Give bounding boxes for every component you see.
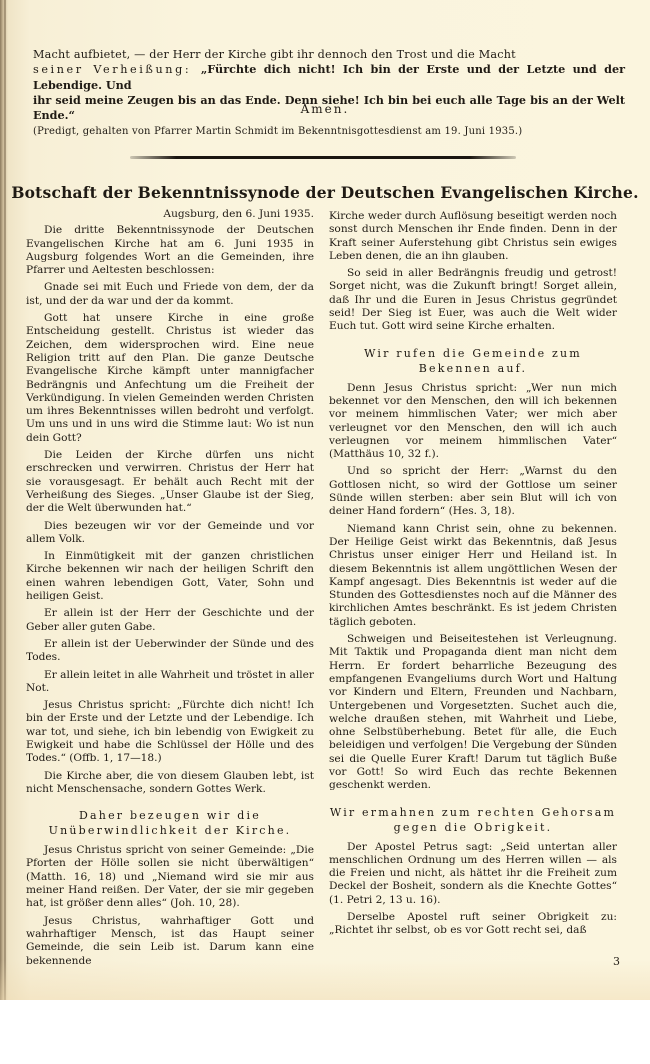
paragraph: Jesus Christus, wahrhaftiger Gott und wa…	[26, 915, 314, 968]
sermon-line-1: Macht aufbietet, — der Herr der Kirche g…	[33, 48, 625, 62]
page-binding-edge	[4, 0, 6, 1000]
paragraph: Gnade sei mit Euch und Friede von dem, d…	[26, 281, 314, 308]
paragraph: Schweigen und Beiseitestehen ist Verleug…	[329, 633, 617, 793]
paragraph: Der Apostel Petrus sagt: „Seid untertan …	[329, 841, 617, 907]
sermon-line-1-text: Macht aufbietet, — der Herr der Kirche g…	[33, 48, 516, 61]
section-divider	[130, 156, 516, 159]
right-column: Kirche weder durch Auflösung beseitigt w…	[329, 210, 617, 942]
paragraph: Jesus Christus spricht von seiner Gemein…	[26, 844, 314, 910]
sermon-attribution: (Predigt, gehalten von Pfarrer Martin Sc…	[33, 126, 522, 137]
paragraph: Und so spricht der Herr: „Warnst du den …	[329, 465, 617, 518]
paragraph: Die Kirche aber, die von diesem Glauben …	[26, 770, 314, 797]
paragraph: In Einmütigkeit mit der ganzen christlic…	[26, 550, 314, 603]
sermon-line-2: seiner Verheißung: „Fürchte dich nicht! …	[33, 62, 625, 93]
paragraph: Jesus Christus spricht: „Fürchte dich ni…	[26, 699, 314, 765]
section-heading-confession: Wir rufen die Gemeinde zum Bekennen auf.	[329, 346, 617, 376]
dateline: Augsburg, den 6. Juni 1935.	[26, 208, 314, 221]
paragraph: Derselbe Apostel ruft seiner Obrigkeit z…	[329, 911, 617, 938]
paragraph: Gott hat unsere Kirche in eine große Ent…	[26, 312, 314, 445]
paragraph: Er allein ist der Herr der Geschichte un…	[26, 607, 314, 634]
paragraph: Niemand kann Christ sein, ohne zu bekenn…	[329, 523, 617, 629]
left-column: Augsburg, den 6. Juni 1935. Die dritte B…	[26, 208, 314, 972]
paragraph: Er allein ist der Ueberwinder der Sünde …	[26, 638, 314, 665]
paragraph: Denn Jesus Christus spricht: „Wer nun mi…	[329, 382, 617, 462]
page-number: 3	[613, 955, 620, 968]
section-heading-invincibility: Daher bezeugen wir die Unüberwindlichkei…	[26, 808, 314, 838]
paragraph: Kirche weder durch Auflösung beseitigt w…	[329, 210, 617, 263]
paragraph: Er allein leitet in alle Wahrheit und tr…	[26, 669, 314, 696]
article-title: Botschaft der Bekenntnissynode der Deuts…	[0, 183, 650, 202]
section-heading-obedience: Wir ermahnen zum rechten Gehorsam gegen …	[329, 805, 617, 835]
scanned-page: Macht aufbietet, — der Herr der Kirche g…	[0, 0, 650, 1000]
amen: Amen.	[0, 102, 650, 116]
paragraph: Dies bezeugen wir vor der Gemeinde und v…	[26, 520, 314, 547]
sermon-line-2-spaced: seiner Verheißung:	[33, 63, 201, 76]
paragraph: Die dritte Bekenntnissynode der Deutsche…	[26, 224, 314, 277]
paragraph: So seid in aller Bedrängnis freudig und …	[329, 267, 617, 333]
paragraph: Die Leiden der Kirche dürfen uns nicht e…	[26, 449, 314, 515]
